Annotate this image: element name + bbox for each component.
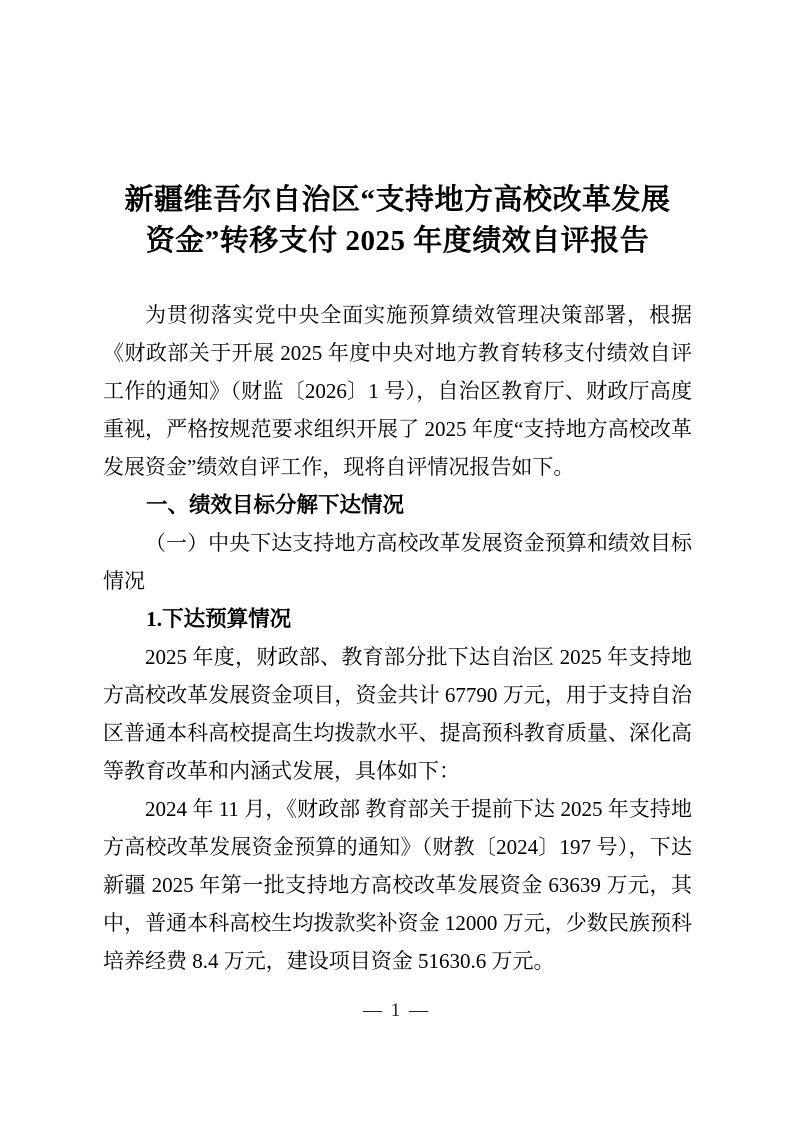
first-batch-funding-paragraph: 2024 年 11 月，《财政部 教育部关于提前下达 2025 年支持地方高校改… xyxy=(103,790,692,980)
report-title-line-1: 新疆维吾尔自治区“支持地方高校改革发展 xyxy=(103,180,692,221)
report-title: 新疆维吾尔自治区“支持地方高校改革发展 资金”转移支付 2025 年度绩效自评报… xyxy=(103,180,692,262)
document-page: 新疆维吾尔自治区“支持地方高校改革发展 资金”转移支付 2025 年度绩效自评报… xyxy=(0,0,793,1122)
intro-paragraph: 为贯彻落实党中央全面实施预算绩效管理决策部署，根据《财政部关于开展 2025 年… xyxy=(103,296,692,486)
page-number: — 1 — xyxy=(0,1000,793,1022)
document-content: 新疆维吾尔自治区“支持地方高校改革发展 资金”转移支付 2025 年度绩效自评报… xyxy=(103,180,692,980)
section-heading-1: 一、绩效目标分解下达情况 xyxy=(103,486,692,524)
report-title-line-2: 资金”转移支付 2025 年度绩效自评报告 xyxy=(103,221,692,262)
subsection-heading-1-1: （一）中央下达支持地方高校改革发展资金预算和绩效目标情况 xyxy=(103,524,692,600)
numbered-heading-1: 1.下达预算情况 xyxy=(103,600,692,638)
budget-overview-paragraph: 2025 年度，财政部、教育部分批下达自治区 2025 年支持地方高校改革发展资… xyxy=(103,638,692,790)
